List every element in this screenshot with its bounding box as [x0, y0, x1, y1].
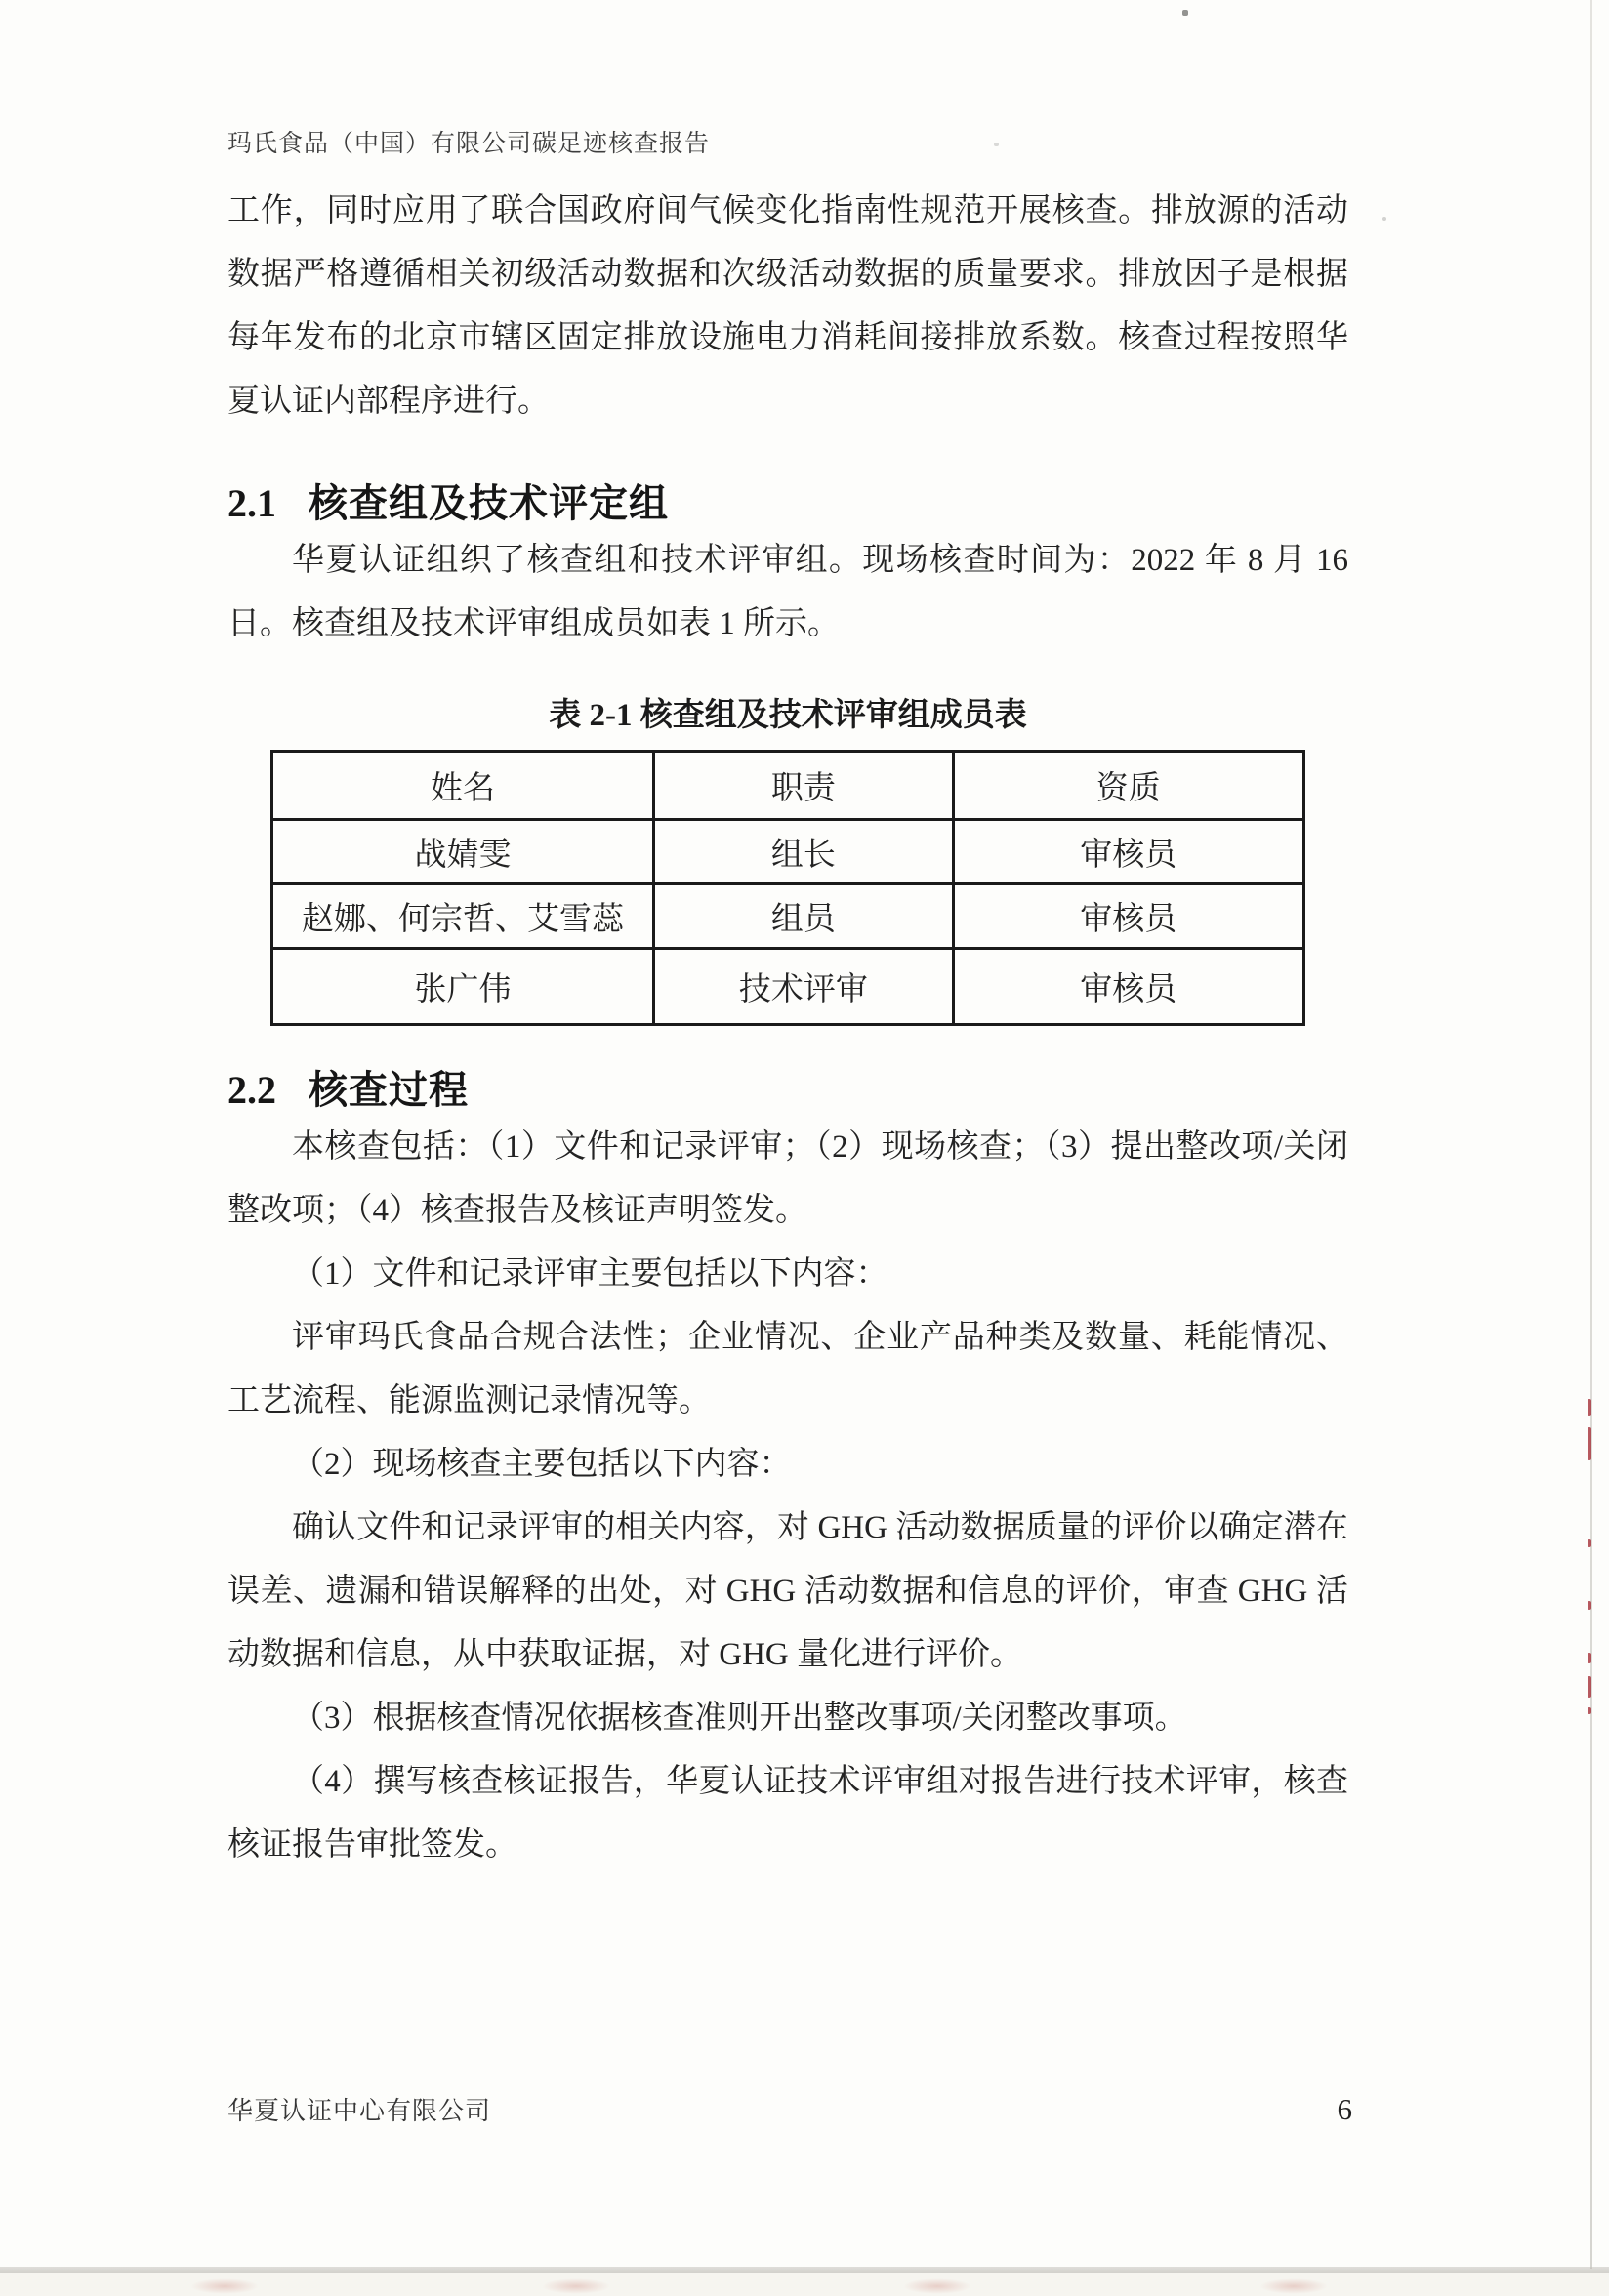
table-row: 张广伟 技术评审 审核员: [272, 949, 1304, 1025]
table-cell: 战婧雯: [272, 820, 654, 884]
section-2-2-paragraph: 评审玛氏食品合规合法性；企业情况、企业产品种类及数量、耗能情况、工艺流程、能源监…: [227, 1306, 1348, 1433]
scan-artifact: [1588, 1653, 1591, 1663]
table-cell: 技术评审: [654, 949, 954, 1025]
scan-edge-line: [1590, 0, 1592, 2269]
scan-artifact: [903, 2278, 971, 2294]
page-footer: 华夏认证中心有限公司 6: [227, 2091, 1352, 2127]
scan-speck: [1182, 10, 1188, 16]
section-2-2-heading: 2.2 核查过程: [227, 1065, 1348, 1116]
scan-artifact: [542, 2278, 610, 2294]
document-page: 玛氏食品（中国）有限公司碳足迹核查报告 工作，同时应用了联合国政府间气候变化指南…: [0, 0, 1609, 2296]
table-cell: 审核员: [953, 820, 1303, 884]
section-2-2-paragraph: （1）文件和记录评审主要包括以下内容：: [227, 1243, 1348, 1306]
footer-company: 华夏认证中心有限公司: [227, 2091, 491, 2127]
member-table-block: 表 2-1 核查组及技术评审组成员表 姓名 职责 资质 战婧雯 组长 审核员: [270, 693, 1305, 1026]
section-2-2-paragraph: 确认文件和记录评审的相关内容，对 GHG 活动数据质量的评价以确定潜在误差、遗漏…: [227, 1496, 1348, 1687]
scan-speck: [994, 143, 999, 146]
scan-artifact: [1259, 2278, 1328, 2294]
section-2-1-title: 核查组及技术评定组: [309, 481, 669, 525]
page-content: 玛氏食品（中国）有限公司碳足迹核查报告 工作，同时应用了联合国政府间气候变化指南…: [227, 0, 1348, 1877]
footer-page-number: 6: [1338, 2092, 1353, 2127]
table-row: 赵娜、何宗哲、艾雪蕊 组员 审核员: [272, 884, 1304, 949]
table-header-name: 姓名: [272, 752, 654, 820]
table-cell: 组长: [654, 820, 954, 884]
table-header-duty: 职责: [654, 752, 954, 820]
table-header-qualification: 资质: [953, 752, 1303, 820]
table-row: 战婧雯 组长 审核员: [272, 820, 1304, 884]
table-cell: 审核员: [953, 949, 1303, 1025]
member-table: 姓名 职责 资质 战婧雯 组长 审核员 赵娜、何宗哲、艾雪蕊 组员 审核员: [270, 750, 1305, 1026]
section-2-1-number: 2.1: [227, 481, 276, 525]
table-cell: 张广伟: [272, 949, 654, 1025]
section-2-1-paragraph: 华夏认证组织了核查组和技术评审组。现场核查时间为：2022 年 8 月 16 日…: [227, 529, 1348, 656]
scan-artifact: [1588, 1676, 1591, 1698]
scan-artifact: [1588, 1707, 1591, 1714]
section-2-2-paragraph: （4）撰写核查核证报告，华夏认证技术评审组对报告进行技术评审，核查核证报告审批签…: [227, 1750, 1348, 1877]
section-2-2-title: 核查过程: [309, 1068, 469, 1112]
scan-speck: [1382, 217, 1386, 221]
table-cell: 审核员: [953, 884, 1303, 949]
section-2-2-number: 2.2: [227, 1068, 276, 1112]
table-cell: 组员: [654, 884, 954, 949]
intro-paragraph: 工作，同时应用了联合国政府间气候变化指南性规范开展核查。排放源的活动数据严格遵循…: [227, 180, 1348, 433]
running-header: 玛氏食品（中国）有限公司碳足迹核查报告: [227, 127, 1348, 162]
table-header-row: 姓名 职责 资质: [272, 752, 1304, 820]
scan-artifact: [1588, 1399, 1591, 1416]
section-2-2-paragraph: 本核查包括：（1）文件和记录评审；（2）现场核查；（3）提出整改项/关闭整改项；…: [227, 1116, 1348, 1243]
scan-artifact: [1588, 1427, 1591, 1460]
scan-artifact: [1588, 1539, 1591, 1547]
scan-artifact: [1588, 1601, 1591, 1610]
section-2-2-paragraph: （3）根据核查情况依据核查准则开出整改事项/关闭整改事项。: [227, 1687, 1348, 1750]
section-2-2-paragraph: （2）现场核查主要包括以下内容：: [227, 1433, 1348, 1496]
section-2-1-heading: 2.1 核查组及技术评定组: [227, 478, 1348, 529]
table-caption: 表 2-1 核查组及技术评审组成员表: [270, 693, 1305, 738]
scan-artifact: [190, 2278, 259, 2294]
table-cell: 赵娜、何宗哲、艾雪蕊: [272, 884, 654, 949]
